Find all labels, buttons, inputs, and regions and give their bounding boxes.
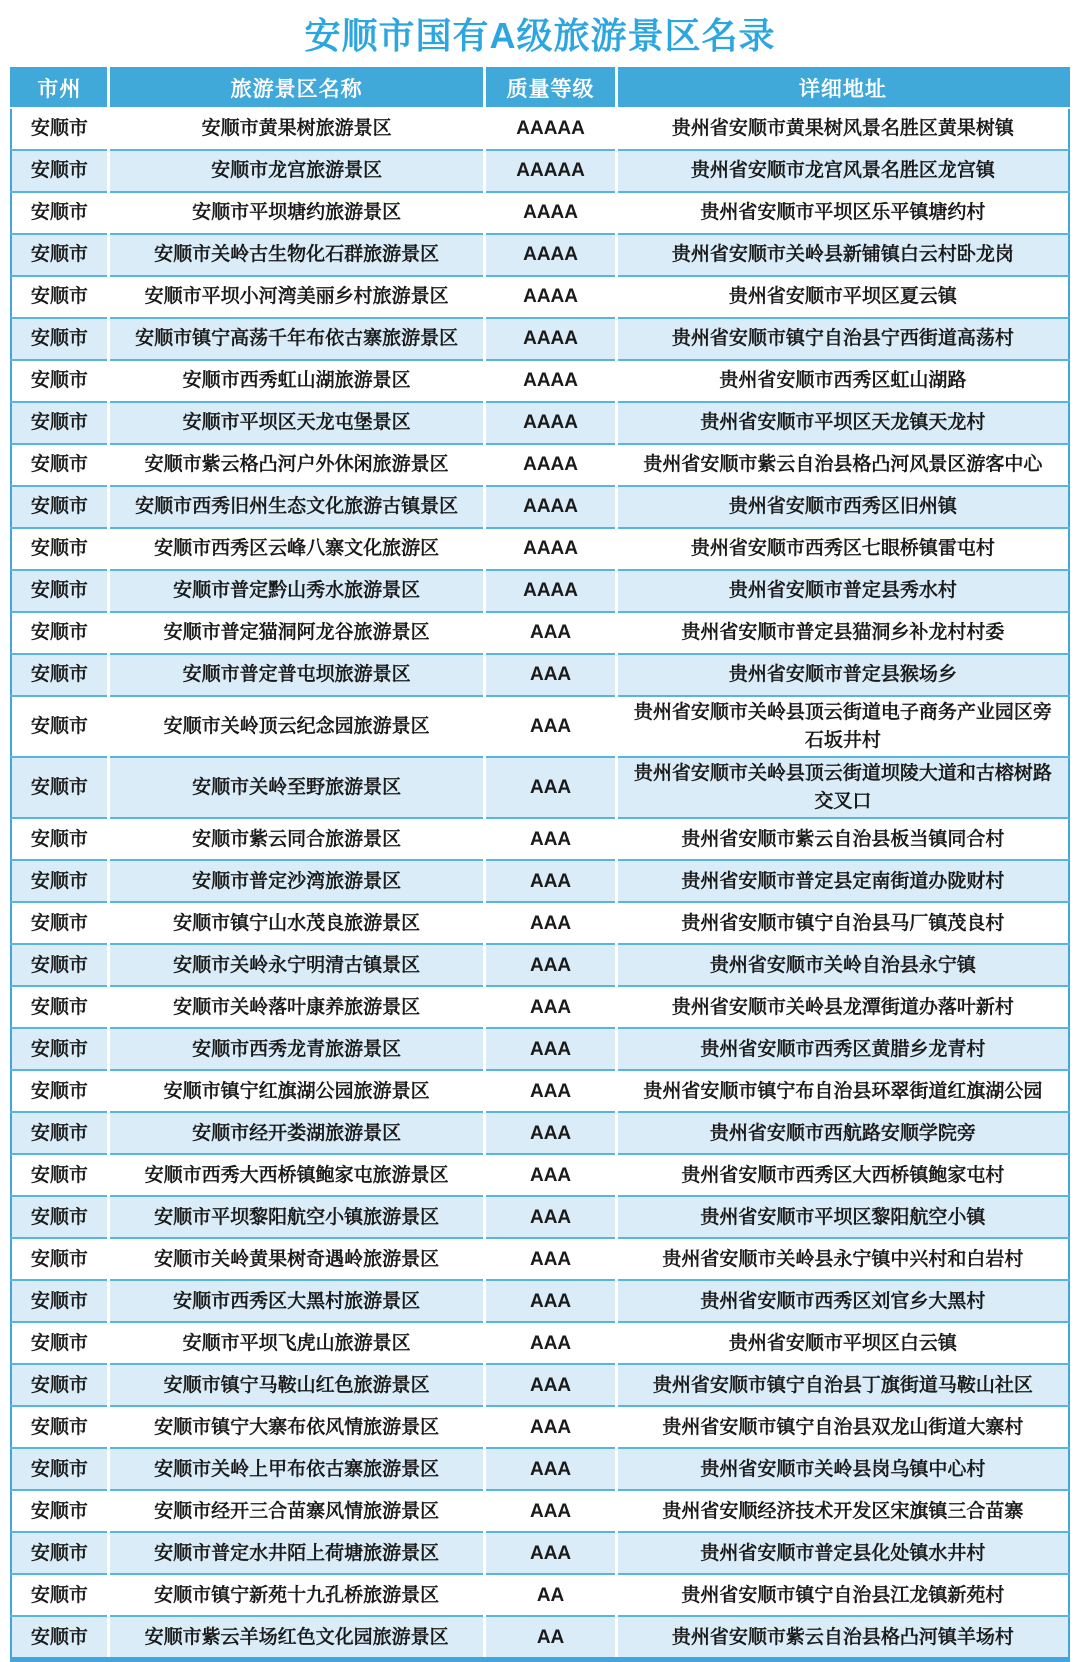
- address-cell: 贵州省安顺市西秀区七眼桥镇雷屯村: [616, 528, 1069, 570]
- table-row: 安顺市安顺市镇宁高荡千年布依古寨旅游景区AAAA贵州省安顺市镇宁自治县宁西街道高…: [11, 318, 1069, 360]
- address-cell: 贵州省安顺市紫云自治县板当镇同合村: [616, 818, 1069, 860]
- city-cell: 安顺市: [11, 1070, 108, 1112]
- grade-cell: AAA: [485, 818, 616, 860]
- city-cell: 安顺市: [11, 276, 108, 318]
- city-cell: 安顺市: [11, 902, 108, 944]
- address-cell: 贵州省安顺市镇宁自治县丁旗街道马鞍山社区: [616, 1364, 1069, 1406]
- page-title: 安顺市国有A级旅游景区名录: [10, 8, 1070, 67]
- address-cell: 贵州省安顺市关岭县永宁镇中兴村和白岩村: [616, 1238, 1069, 1280]
- name-cell: 安顺市镇宁山水茂良旅游景区: [108, 902, 485, 944]
- grade-cell: AAA: [485, 1406, 616, 1448]
- address-cell: 贵州省安顺市紫云自治县格凸河风景区游客中心: [616, 444, 1069, 486]
- grade-cell: AAA: [485, 1112, 616, 1154]
- header-row: 市州旅游景区名称质量等级详细地址: [11, 68, 1069, 108]
- address-cell: 贵州省安顺市镇宁自治县宁西街道高荡村: [616, 318, 1069, 360]
- address-cell: 贵州省安顺市关岭县顶云街道电子商务产业园区旁石坂井村: [616, 696, 1069, 757]
- name-cell: 安顺市平坝飞虎山旅游景区: [108, 1322, 485, 1364]
- grade-cell: AA: [485, 1616, 616, 1660]
- name-cell: 安顺市镇宁红旗湖公园旅游景区: [108, 1070, 485, 1112]
- city-cell: 安顺市: [11, 1616, 108, 1660]
- city-cell: 安顺市: [11, 402, 108, 444]
- name-cell: 安顺市西秀龙青旅游景区: [108, 1028, 485, 1070]
- table-row: 安顺市安顺市镇宁红旗湖公园旅游景区AAA贵州省安顺市镇宁布自治县环翠街道红旗湖公…: [11, 1070, 1069, 1112]
- address-cell: 贵州省安顺市平坝区乐平镇塘约村: [616, 192, 1069, 234]
- city-cell: 安顺市: [11, 757, 108, 818]
- grade-cell: AAAA: [485, 234, 616, 276]
- grade-cell: AAA: [485, 757, 616, 818]
- table-row: 安顺市安顺市经开娄湖旅游景区AAA贵州省安顺市西航路安顺学院旁: [11, 1112, 1069, 1154]
- page: 安顺市国有A级旅游景区名录 市州旅游景区名称质量等级详细地址 安顺市安顺市黄果树…: [10, 0, 1070, 1662]
- table-row: 安顺市安顺市关岭顶云纪念园旅游景区AAA贵州省安顺市关岭县顶云街道电子商务产业园…: [11, 696, 1069, 757]
- name-cell: 安顺市普定猫洞阿龙谷旅游景区: [108, 612, 485, 654]
- grade-cell: AAA: [485, 1280, 616, 1322]
- table-row: 安顺市安顺市经开三合苗寨风情旅游景区AAA贵州省安顺经济技术开发区宋旗镇三合苗寨: [11, 1490, 1069, 1532]
- city-cell: 安顺市: [11, 986, 108, 1028]
- address-cell: 贵州省安顺市平坝区白云镇: [616, 1322, 1069, 1364]
- grade-cell: AAAA: [485, 192, 616, 234]
- address-cell: 贵州省安顺市镇宁自治县江龙镇新苑村: [616, 1574, 1069, 1616]
- address-cell: 贵州省安顺市龙宫风景名胜区龙宫镇: [616, 150, 1069, 192]
- city-cell: 安顺市: [11, 1322, 108, 1364]
- table-row: 安顺市安顺市普定猫洞阿龙谷旅游景区AAA贵州省安顺市普定县猫洞乡补龙村村委: [11, 612, 1069, 654]
- city-cell: 安顺市: [11, 1364, 108, 1406]
- grade-cell: AAA: [485, 1322, 616, 1364]
- name-cell: 安顺市西秀大西桥镇鲍家屯旅游景区: [108, 1154, 485, 1196]
- table-row: 安顺市安顺市西秀旧州生态文化旅游古镇景区AAAA贵州省安顺市西秀区旧州镇: [11, 486, 1069, 528]
- address-cell: 贵州省安顺市西秀区虹山湖路: [616, 360, 1069, 402]
- table-row: 安顺市安顺市关岭黄果树奇遇岭旅游景区AAA贵州省安顺市关岭县永宁镇中兴村和白岩村: [11, 1238, 1069, 1280]
- city-cell: 安顺市: [11, 360, 108, 402]
- name-cell: 安顺市普定普屯坝旅游景区: [108, 654, 485, 696]
- address-cell: 贵州省安顺市关岭县岗乌镇中心村: [616, 1448, 1069, 1490]
- city-cell: 安顺市: [11, 1532, 108, 1574]
- name-cell: 安顺市镇宁大寨布依风情旅游景区: [108, 1406, 485, 1448]
- name-cell: 安顺市经开娄湖旅游景区: [108, 1112, 485, 1154]
- address-cell: 贵州省安顺市关岭自治县永宁镇: [616, 944, 1069, 986]
- address-cell: 贵州省安顺市西秀区黄腊乡龙青村: [616, 1028, 1069, 1070]
- name-cell: 安顺市关岭上甲布依古寨旅游景区: [108, 1448, 485, 1490]
- table-row: 安顺市安顺市普定黔山秀水旅游景区AAAA贵州省安顺市普定县秀水村: [11, 570, 1069, 612]
- address-cell: 贵州省安顺市普定县秀水村: [616, 570, 1069, 612]
- name-cell: 安顺市西秀旧州生态文化旅游古镇景区: [108, 486, 485, 528]
- name-cell: 安顺市普定黔山秀水旅游景区: [108, 570, 485, 612]
- grade-cell: AAAAA: [485, 150, 616, 192]
- city-cell: 安顺市: [11, 612, 108, 654]
- city-cell: 安顺市: [11, 192, 108, 234]
- address-cell: 贵州省安顺市西秀区刘官乡大黑村: [616, 1280, 1069, 1322]
- table-row: 安顺市安顺市镇宁山水茂良旅游景区AAA贵州省安顺市镇宁自治县马厂镇茂良村: [11, 902, 1069, 944]
- address-cell: 贵州省安顺市西航路安顺学院旁: [616, 1112, 1069, 1154]
- grade-cell: AAA: [485, 696, 616, 757]
- city-cell: 安顺市: [11, 1196, 108, 1238]
- address-cell: 贵州省安顺市平坝区黎阳航空小镇: [616, 1196, 1069, 1238]
- address-cell: 贵州省安顺市镇宁自治县马厂镇茂良村: [616, 902, 1069, 944]
- name-cell: 安顺市平坝塘约旅游景区: [108, 192, 485, 234]
- address-cell: 贵州省安顺经济技术开发区宋旗镇三合苗寨: [616, 1490, 1069, 1532]
- table-row: 安顺市安顺市关岭落叶康养旅游景区AAA贵州省安顺市关岭县龙潭街道办落叶新村: [11, 986, 1069, 1028]
- address-cell: 贵州省安顺市西秀区大西桥镇鲍家屯村: [616, 1154, 1069, 1196]
- address-cell: 贵州省安顺市关岭县新铺镇白云村卧龙岗: [616, 234, 1069, 276]
- grade-cell: AAAA: [485, 444, 616, 486]
- column-header-address: 详细地址: [616, 68, 1069, 108]
- city-cell: 安顺市: [11, 528, 108, 570]
- table-row: 安顺市安顺市关岭古生物化石群旅游景区AAAA贵州省安顺市关岭县新铺镇白云村卧龙岗: [11, 234, 1069, 276]
- table-row: 安顺市安顺市普定普屯坝旅游景区AAA贵州省安顺市普定县猴场乡: [11, 654, 1069, 696]
- city-cell: 安顺市: [11, 1406, 108, 1448]
- name-cell: 安顺市经开三合苗寨风情旅游景区: [108, 1490, 485, 1532]
- name-cell: 安顺市关岭至野旅游景区: [108, 757, 485, 818]
- city-cell: 安顺市: [11, 150, 108, 192]
- grade-cell: AAA: [485, 1070, 616, 1112]
- table-row: 安顺市安顺市普定沙湾旅游景区AAA贵州省安顺市普定县定南街道办陇财村: [11, 860, 1069, 902]
- city-cell: 安顺市: [11, 944, 108, 986]
- city-cell: 安顺市: [11, 1028, 108, 1070]
- grade-cell: AAA: [485, 1196, 616, 1238]
- address-cell: 贵州省安顺市紫云自治县格凸河镇羊场村: [616, 1616, 1069, 1660]
- name-cell: 安顺市关岭顶云纪念园旅游景区: [108, 696, 485, 757]
- city-cell: 安顺市: [11, 1112, 108, 1154]
- table-row: 安顺市安顺市平坝黎阳航空小镇旅游景区AAA贵州省安顺市平坝区黎阳航空小镇: [11, 1196, 1069, 1238]
- name-cell: 安顺市平坝区天龙屯堡景区: [108, 402, 485, 444]
- table-row: 安顺市安顺市普定水井陌上荷塘旅游景区AAA贵州省安顺市普定县化处镇水井村: [11, 1532, 1069, 1574]
- grade-cell: AAA: [485, 860, 616, 902]
- name-cell: 安顺市镇宁新苑十九孔桥旅游景区: [108, 1574, 485, 1616]
- name-cell: 安顺市普定沙湾旅游景区: [108, 860, 485, 902]
- name-cell: 安顺市龙宫旅游景区: [108, 150, 485, 192]
- city-cell: 安顺市: [11, 1280, 108, 1322]
- address-cell: 贵州省安顺市关岭县顶云街道坝陵大道和古榕树路交叉口: [616, 757, 1069, 818]
- table-row: 安顺市安顺市平坝塘约旅游景区AAAA贵州省安顺市平坝区乐平镇塘约村: [11, 192, 1069, 234]
- city-cell: 安顺市: [11, 1448, 108, 1490]
- city-cell: 安顺市: [11, 1490, 108, 1532]
- name-cell: 安顺市西秀区云峰八寨文化旅游区: [108, 528, 485, 570]
- city-cell: 安顺市: [11, 818, 108, 860]
- table-row: 安顺市安顺市西秀区大黑村旅游景区AAA贵州省安顺市西秀区刘官乡大黑村: [11, 1280, 1069, 1322]
- name-cell: 安顺市镇宁高荡千年布依古寨旅游景区: [108, 318, 485, 360]
- name-cell: 安顺市西秀区大黑村旅游景区: [108, 1280, 485, 1322]
- city-cell: 安顺市: [11, 860, 108, 902]
- table-row: 安顺市安顺市西秀虹山湖旅游景区AAAA贵州省安顺市西秀区虹山湖路: [11, 360, 1069, 402]
- grade-cell: AAA: [485, 1364, 616, 1406]
- grade-cell: AAA: [485, 1490, 616, 1532]
- grade-cell: AAAA: [485, 528, 616, 570]
- grade-cell: AAA: [485, 654, 616, 696]
- grade-cell: AAA: [485, 986, 616, 1028]
- city-cell: 安顺市: [11, 486, 108, 528]
- table-row: 安顺市安顺市西秀龙青旅游景区AAA贵州省安顺市西秀区黄腊乡龙青村: [11, 1028, 1069, 1070]
- table-row: 安顺市安顺市西秀大西桥镇鲍家屯旅游景区AAA贵州省安顺市西秀区大西桥镇鲍家屯村: [11, 1154, 1069, 1196]
- address-cell: 贵州省安顺市镇宁自治县双龙山街道大寨村: [616, 1406, 1069, 1448]
- address-cell: 贵州省安顺市平坝区天龙镇天龙村: [616, 402, 1069, 444]
- grade-cell: AAAA: [485, 570, 616, 612]
- name-cell: 安顺市紫云格凸河户外休闲旅游景区: [108, 444, 485, 486]
- column-header-grade: 质量等级: [485, 68, 616, 108]
- city-cell: 安顺市: [11, 1238, 108, 1280]
- table-header: 市州旅游景区名称质量等级详细地址: [11, 68, 1069, 108]
- city-cell: 安顺市: [11, 318, 108, 360]
- grade-cell: AAA: [485, 1448, 616, 1490]
- city-cell: 安顺市: [11, 696, 108, 757]
- address-cell: 贵州省安顺市关岭县龙潭街道办落叶新村: [616, 986, 1069, 1028]
- name-cell: 安顺市紫云羊场红色文化园旅游景区: [108, 1616, 485, 1660]
- address-cell: 贵州省安顺市西秀区旧州镇: [616, 486, 1069, 528]
- table-row: 安顺市安顺市镇宁大寨布依风情旅游景区AAA贵州省安顺市镇宁自治县双龙山街道大寨村: [11, 1406, 1069, 1448]
- grade-cell: AAA: [485, 1028, 616, 1070]
- table-row: 安顺市安顺市龙宫旅游景区AAAAA贵州省安顺市龙宫风景名胜区龙宫镇: [11, 150, 1069, 192]
- table-row: 安顺市安顺市西秀区云峰八寨文化旅游区AAAA贵州省安顺市西秀区七眼桥镇雷屯村: [11, 528, 1069, 570]
- table-row: 安顺市安顺市镇宁新苑十九孔桥旅游景区AA贵州省安顺市镇宁自治县江龙镇新苑村: [11, 1574, 1069, 1616]
- city-cell: 安顺市: [11, 570, 108, 612]
- name-cell: 安顺市紫云同合旅游景区: [108, 818, 485, 860]
- column-header-city: 市州: [11, 68, 108, 108]
- address-cell: 贵州省安顺市平坝区夏云镇: [616, 276, 1069, 318]
- table-row: 安顺市安顺市关岭上甲布依古寨旅游景区AAA贵州省安顺市关岭县岗乌镇中心村: [11, 1448, 1069, 1490]
- table-row: 安顺市安顺市关岭至野旅游景区AAA贵州省安顺市关岭县顶云街道坝陵大道和古榕树路交…: [11, 757, 1069, 818]
- grade-cell: AAAA: [485, 360, 616, 402]
- grade-cell: AAA: [485, 612, 616, 654]
- table-row: 安顺市安顺市平坝区天龙屯堡景区AAAA贵州省安顺市平坝区天龙镇天龙村: [11, 402, 1069, 444]
- table-row: 安顺市安顺市平坝小河湾美丽乡村旅游景区AAAA贵州省安顺市平坝区夏云镇: [11, 276, 1069, 318]
- table-row: 安顺市安顺市紫云同合旅游景区AAA贵州省安顺市紫云自治县板当镇同合村: [11, 818, 1069, 860]
- grade-cell: AA: [485, 1574, 616, 1616]
- table-row: 安顺市安顺市镇宁马鞍山红色旅游景区AAA贵州省安顺市镇宁自治县丁旗街道马鞍山社区: [11, 1364, 1069, 1406]
- name-cell: 安顺市镇宁马鞍山红色旅游景区: [108, 1364, 485, 1406]
- address-cell: 贵州省安顺市普定县猴场乡: [616, 654, 1069, 696]
- table-row: 安顺市安顺市黄果树旅游景区AAAAA贵州省安顺市黄果树风景名胜区黄果树镇: [11, 108, 1069, 150]
- grade-cell: AAAA: [485, 402, 616, 444]
- name-cell: 安顺市西秀虹山湖旅游景区: [108, 360, 485, 402]
- grade-cell: AAA: [485, 944, 616, 986]
- address-cell: 贵州省安顺市普定县猫洞乡补龙村村委: [616, 612, 1069, 654]
- scenic-area-table: 市州旅游景区名称质量等级详细地址 安顺市安顺市黄果树旅游景区AAAAA贵州省安顺…: [10, 67, 1070, 1662]
- name-cell: 安顺市关岭黄果树奇遇岭旅游景区: [108, 1238, 485, 1280]
- grade-cell: AAA: [485, 1532, 616, 1574]
- name-cell: 安顺市黄果树旅游景区: [108, 108, 485, 150]
- name-cell: 安顺市关岭永宁明清古镇景区: [108, 944, 485, 986]
- city-cell: 安顺市: [11, 444, 108, 486]
- name-cell: 安顺市关岭落叶康养旅游景区: [108, 986, 485, 1028]
- table-row: 安顺市安顺市紫云格凸河户外休闲旅游景区AAAA贵州省安顺市紫云自治县格凸河风景区…: [11, 444, 1069, 486]
- grade-cell: AAA: [485, 1154, 616, 1196]
- city-cell: 安顺市: [11, 234, 108, 276]
- grade-cell: AAAA: [485, 486, 616, 528]
- table-row: 安顺市安顺市紫云羊场红色文化园旅游景区AA贵州省安顺市紫云自治县格凸河镇羊场村: [11, 1616, 1069, 1660]
- address-cell: 贵州省安顺市普定县定南街道办陇财村: [616, 860, 1069, 902]
- city-cell: 安顺市: [11, 654, 108, 696]
- grade-cell: AAAAA: [485, 108, 616, 150]
- address-cell: 贵州省安顺市黄果树风景名胜区黄果树镇: [616, 108, 1069, 150]
- name-cell: 安顺市平坝黎阳航空小镇旅游景区: [108, 1196, 485, 1238]
- table-body: 安顺市安顺市黄果树旅游景区AAAAA贵州省安顺市黄果树风景名胜区黄果树镇安顺市安…: [11, 108, 1069, 1660]
- grade-cell: AAAA: [485, 318, 616, 360]
- table-row: 安顺市安顺市平坝飞虎山旅游景区AAA贵州省安顺市平坝区白云镇: [11, 1322, 1069, 1364]
- name-cell: 安顺市普定水井陌上荷塘旅游景区: [108, 1532, 485, 1574]
- city-cell: 安顺市: [11, 1154, 108, 1196]
- grade-cell: AAA: [485, 902, 616, 944]
- name-cell: 安顺市平坝小河湾美丽乡村旅游景区: [108, 276, 485, 318]
- grade-cell: AAA: [485, 1238, 616, 1280]
- city-cell: 安顺市: [11, 1574, 108, 1616]
- address-cell: 贵州省安顺市普定县化处镇水井村: [616, 1532, 1069, 1574]
- name-cell: 安顺市关岭古生物化石群旅游景区: [108, 234, 485, 276]
- city-cell: 安顺市: [11, 108, 108, 150]
- column-header-name: 旅游景区名称: [108, 68, 485, 108]
- grade-cell: AAAA: [485, 276, 616, 318]
- address-cell: 贵州省安顺市镇宁布自治县环翠街道红旗湖公园: [616, 1070, 1069, 1112]
- table-row: 安顺市安顺市关岭永宁明清古镇景区AAA贵州省安顺市关岭自治县永宁镇: [11, 944, 1069, 986]
